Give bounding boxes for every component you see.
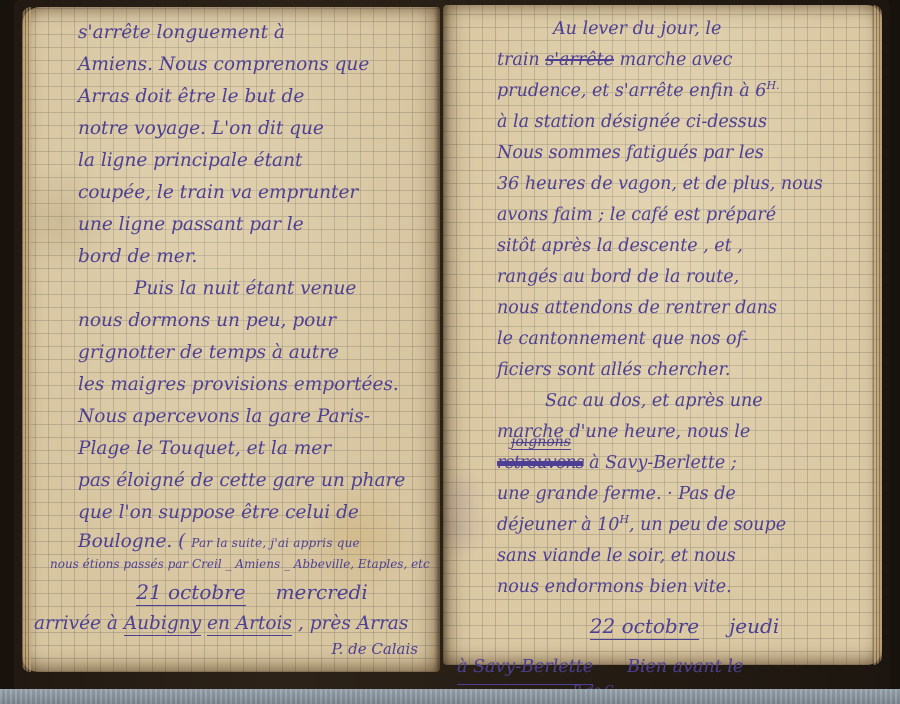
- date-text: 21 octobre: [136, 580, 245, 606]
- book-gutter: [434, 2, 450, 674]
- marginal-note: Par la suite, j'ai appris que: [191, 536, 360, 550]
- place-name: à Savy-Berlette P. de C.: [457, 652, 593, 685]
- department-note: P. de Calais: [78, 639, 426, 659]
- diary-line-correction: train s'arrête marche avec: [497, 45, 872, 76]
- diary-line: ficiers sont allés chercher.: [497, 355, 872, 386]
- diary-text: Boulogne. (: [78, 531, 191, 552]
- diary-text: Bien avant le: [627, 657, 743, 677]
- place-text: à Savy-Berlette: [457, 657, 593, 677]
- page-stack-edge-left: [22, 7, 31, 672]
- left-page: s'arrête longuement à Amiens. Nous compr…: [22, 7, 440, 672]
- right-page-text: Au lever du jour, le train s'arrête marc…: [497, 14, 872, 686]
- diary-line: coupée, le train va emprunter: [78, 177, 426, 209]
- diary-line: Sac au dos, et après une: [497, 386, 872, 417]
- diary-line: nous attendons de rentrer dans: [497, 293, 872, 324]
- weekday-text: jeudi: [729, 614, 779, 638]
- diary-text: prudence, et s'arrête enfin à 6: [497, 81, 766, 101]
- diary-line: nous endormons bien vite.: [497, 572, 872, 603]
- scribbled-word: retrouvons: [497, 453, 584, 473]
- diary-line: notre voyage. L'on dit que: [78, 113, 426, 145]
- diary-line: Puis la nuit étant venue: [78, 273, 426, 305]
- location-footer: à Savy-Berlette P. de C. Bien avant le: [497, 652, 872, 686]
- region-name: en Artois: [207, 613, 292, 636]
- diary-line: Amiens. Nous comprenons que: [78, 49, 426, 81]
- diary-line: Nous sommes fatigués par les: [497, 138, 872, 169]
- diary-line: une ligne passant par le: [78, 209, 426, 241]
- struck-text: s'arrête: [545, 50, 614, 70]
- diary-line: nous dormons un peu, pour: [78, 305, 426, 337]
- diary-text: à: [584, 453, 606, 473]
- place-name: Aubigny: [124, 613, 201, 636]
- diary-line: les maigres provisions emportées.: [78, 369, 426, 401]
- diary-line: Arras doit être le but de: [78, 81, 426, 113]
- date-heading: 22 octobrejeudi: [497, 609, 872, 643]
- diary-line: rangés au bord de la route,: [497, 262, 872, 293]
- superscript-hour: H: [619, 513, 629, 526]
- diary-line: Plage le Touquet, et la mer: [78, 433, 426, 465]
- diary-line: que l'on suppose être celui de: [78, 497, 426, 529]
- diary-line: Au lever du jour, le: [497, 14, 872, 45]
- correction: joignons retrouvons: [497, 448, 584, 479]
- diary-text: déjeuner à 10: [497, 515, 619, 535]
- date-heading: 21 octobremercredi: [78, 575, 426, 609]
- place-name: Savy-Berlette: [605, 453, 725, 473]
- diary-line: 36 heures de vagon, et de plus, nous: [497, 169, 872, 200]
- marginal-note: nous étions passés par Creil _ Amiens _ …: [50, 555, 426, 575]
- diary-line: s'arrête longuement à: [78, 17, 426, 49]
- diary-line-boulogne: Boulogne. ( Par la suite, j'ai appris qu…: [78, 529, 426, 555]
- left-page-text: s'arrête longuement à Amiens. Nous compr…: [78, 17, 426, 659]
- diary-line: déjeuner à 10H, un peu de soupe: [497, 510, 872, 541]
- diary-line: avons faim ; le café est préparé: [497, 200, 872, 231]
- diary-line: Nous apercevons la gare Paris-: [78, 401, 426, 433]
- diary-line: le cantonnement que nos of-: [497, 324, 872, 355]
- diary-line: grignotter de temps à autre: [78, 337, 426, 369]
- diary-line: bord de mer.: [78, 241, 426, 273]
- diary-text: ;: [725, 453, 736, 473]
- arrival-note: arrivée à Aubignyen Artois, près Arras: [34, 609, 426, 639]
- diary-line-correction: joignons retrouvons à Savy-Berlette ;: [497, 448, 872, 479]
- diary-text: arrivée à: [34, 613, 124, 634]
- inserted-word: joignons: [511, 435, 571, 450]
- diary-text: marche avec: [614, 50, 732, 70]
- diary-line: prudence, et s'arrête enfin à 6H.: [497, 76, 872, 107]
- diary-line: sans viande le soir, et nous: [497, 541, 872, 572]
- table-surface: [0, 689, 900, 704]
- superscript-hour: H.: [766, 79, 779, 92]
- diary-line: la ligne principale étant: [78, 145, 426, 177]
- right-page: Au lever du jour, le train s'arrête marc…: [443, 5, 882, 665]
- weekday-text: mercredi: [276, 580, 368, 604]
- diary-text: train: [497, 50, 545, 70]
- diary-line: pas éloigné de cette gare un phare: [78, 465, 426, 497]
- date-text: 22 octobre: [590, 614, 699, 640]
- diary-line: une grande ferme. · Pas de: [497, 479, 872, 510]
- page-stack-edge-right: [873, 5, 882, 665]
- diary-line: à la station désignée ci-dessus: [497, 107, 872, 138]
- diary-line: sitôt après la descente , et ,: [497, 231, 872, 262]
- diary-text: , près Arras: [298, 613, 408, 634]
- diary-text: , un peu de soupe: [629, 515, 786, 535]
